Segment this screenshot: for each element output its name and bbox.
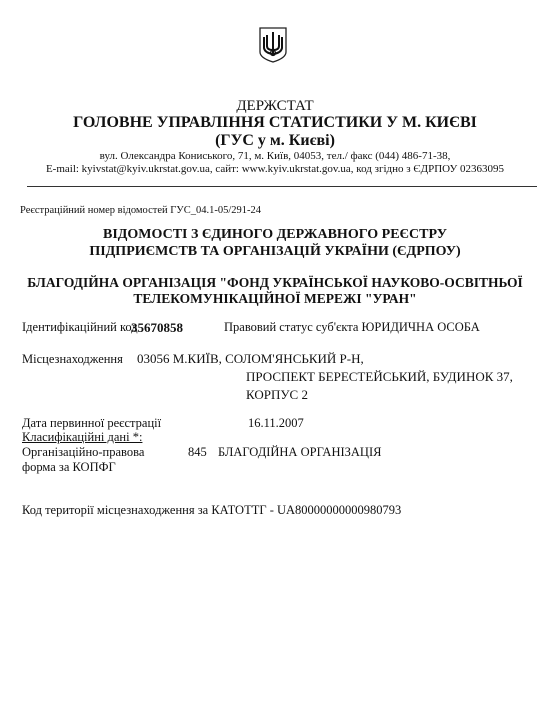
agency-name: ДЕРЖСТАТ <box>0 98 550 115</box>
id-code-label: Ідентифікаційний код <box>22 320 138 335</box>
katottg-code: Код території місцезнаходження за КАТОТТ… <box>22 503 401 518</box>
document-title-line1: ВІДОМОСТІ З ЄДИНОГО ДЕРЖАВНОГО РЕЄСТРУ <box>0 227 550 243</box>
classification-label: Класифікаційні дані *: <box>22 430 142 445</box>
trident-coat-of-arms-icon <box>258 26 288 64</box>
location-line1: 03056 М.КИЇВ, СОЛОМ'ЯНСЬКИЙ Р-Н, <box>137 351 364 367</box>
legal-form-label-line1: Організаційно-правова <box>22 445 144 460</box>
document-title-line2: ПІДПРИЄМСТВ ТА ОРГАНІЗАЦІЙ УКРАЇНИ (ЄДРП… <box>0 244 550 260</box>
organization-name-line2: ТЕЛЕКОМУНІКАЦІЙНОЇ МЕРЕЖІ "УРАН" <box>0 291 550 307</box>
registration-date-value: 16.11.2007 <box>248 416 304 431</box>
legal-form-code: 845 <box>188 445 207 460</box>
legal-form-label-line2: форма за КОПФГ <box>22 460 116 475</box>
letterhead-divider <box>27 186 537 187</box>
address-line: вул. Олександра Кониського, 71, м. Київ,… <box>0 150 550 162</box>
department-name: ГОЛОВНЕ УПРАВЛІННЯ СТАТИСТИКИ У М. КИЄВІ <box>0 114 550 132</box>
registration-number: Реєстраційний номер відомостей ГУС_04.1-… <box>20 205 261 216</box>
registration-date-label: Дата первинної реєстрації <box>22 416 161 431</box>
legal-form-value: БЛАГОДІЙНА ОРГАНІЗАЦІЯ <box>218 445 381 460</box>
contact-line: E-mail: kyivstat@kyiv.ukrstat.gov.ua, са… <box>0 163 550 175</box>
organization-name-line1: БЛАГОДІЙНА ОРГАНІЗАЦІЯ "ФОНД УКРАЇНСЬКОЇ… <box>0 275 550 291</box>
location-line2: ПРОСПЕКТ БЕРЕСТЕЙСЬКИЙ, БУДИНОК 37, <box>246 369 513 385</box>
location-line3: КОРПУС 2 <box>246 387 308 403</box>
location-label: Місцезнаходження <box>22 352 123 367</box>
legal-status: Правовий статус суб'єкта ЮРИДИЧНА ОСОБА <box>224 320 480 335</box>
department-abbreviation: (ГУС у м. Києві) <box>0 132 550 150</box>
id-code-value: 35670858 <box>131 320 183 336</box>
